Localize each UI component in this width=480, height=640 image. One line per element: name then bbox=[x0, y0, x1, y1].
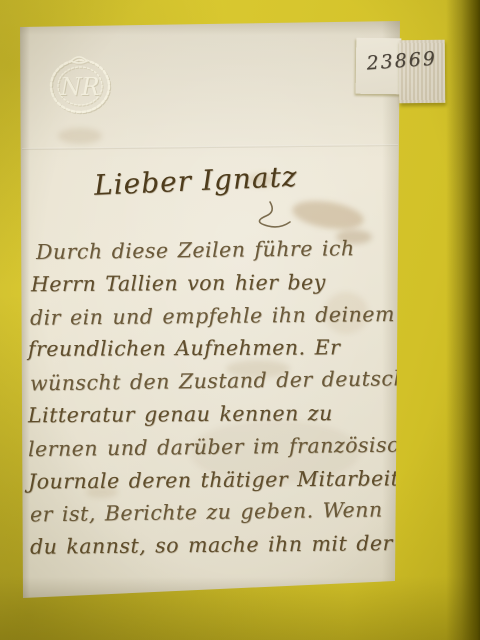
embossed-seal-icon: NR NR bbox=[44, 50, 116, 120]
foxing-spot bbox=[58, 128, 102, 144]
letter-line: Journale deren thätiger Mitarbeiter bbox=[28, 462, 378, 498]
salutation: Lieber Ignatz bbox=[28, 158, 379, 203]
pen-flourish bbox=[240, 200, 300, 234]
letter-line: dir ein und empfehle ihn deinem bbox=[28, 298, 378, 334]
letter-line: lernen und darüber im französischen bbox=[28, 429, 378, 466]
archival-number: 23869 bbox=[359, 47, 445, 83]
letter-line: er ist, Berichte zu geben. Wenn bbox=[28, 494, 378, 532]
letter-line: freundlichen Aufnehmen. Er bbox=[28, 331, 378, 366]
letter-line: wünscht den Zustand der deutschen bbox=[28, 363, 378, 401]
svg-text:NR: NR bbox=[59, 73, 99, 101]
letter-text: Lieber Ignatz Durch diese Zeilen führe i… bbox=[28, 166, 378, 562]
letter-line: Durch diese Zeilen führe ich bbox=[28, 232, 378, 269]
letter-line: Litteratur genau kennen zu bbox=[28, 397, 378, 432]
letter-line: du kannst, so mache ihn mit der bbox=[28, 527, 378, 563]
letter-line: Herrn Tallien von hier bey bbox=[28, 266, 378, 301]
photo: NR NR Lieber Ignatz Durch diese Zeilen f… bbox=[0, 0, 480, 640]
background-shadow-band bbox=[446, 0, 480, 640]
